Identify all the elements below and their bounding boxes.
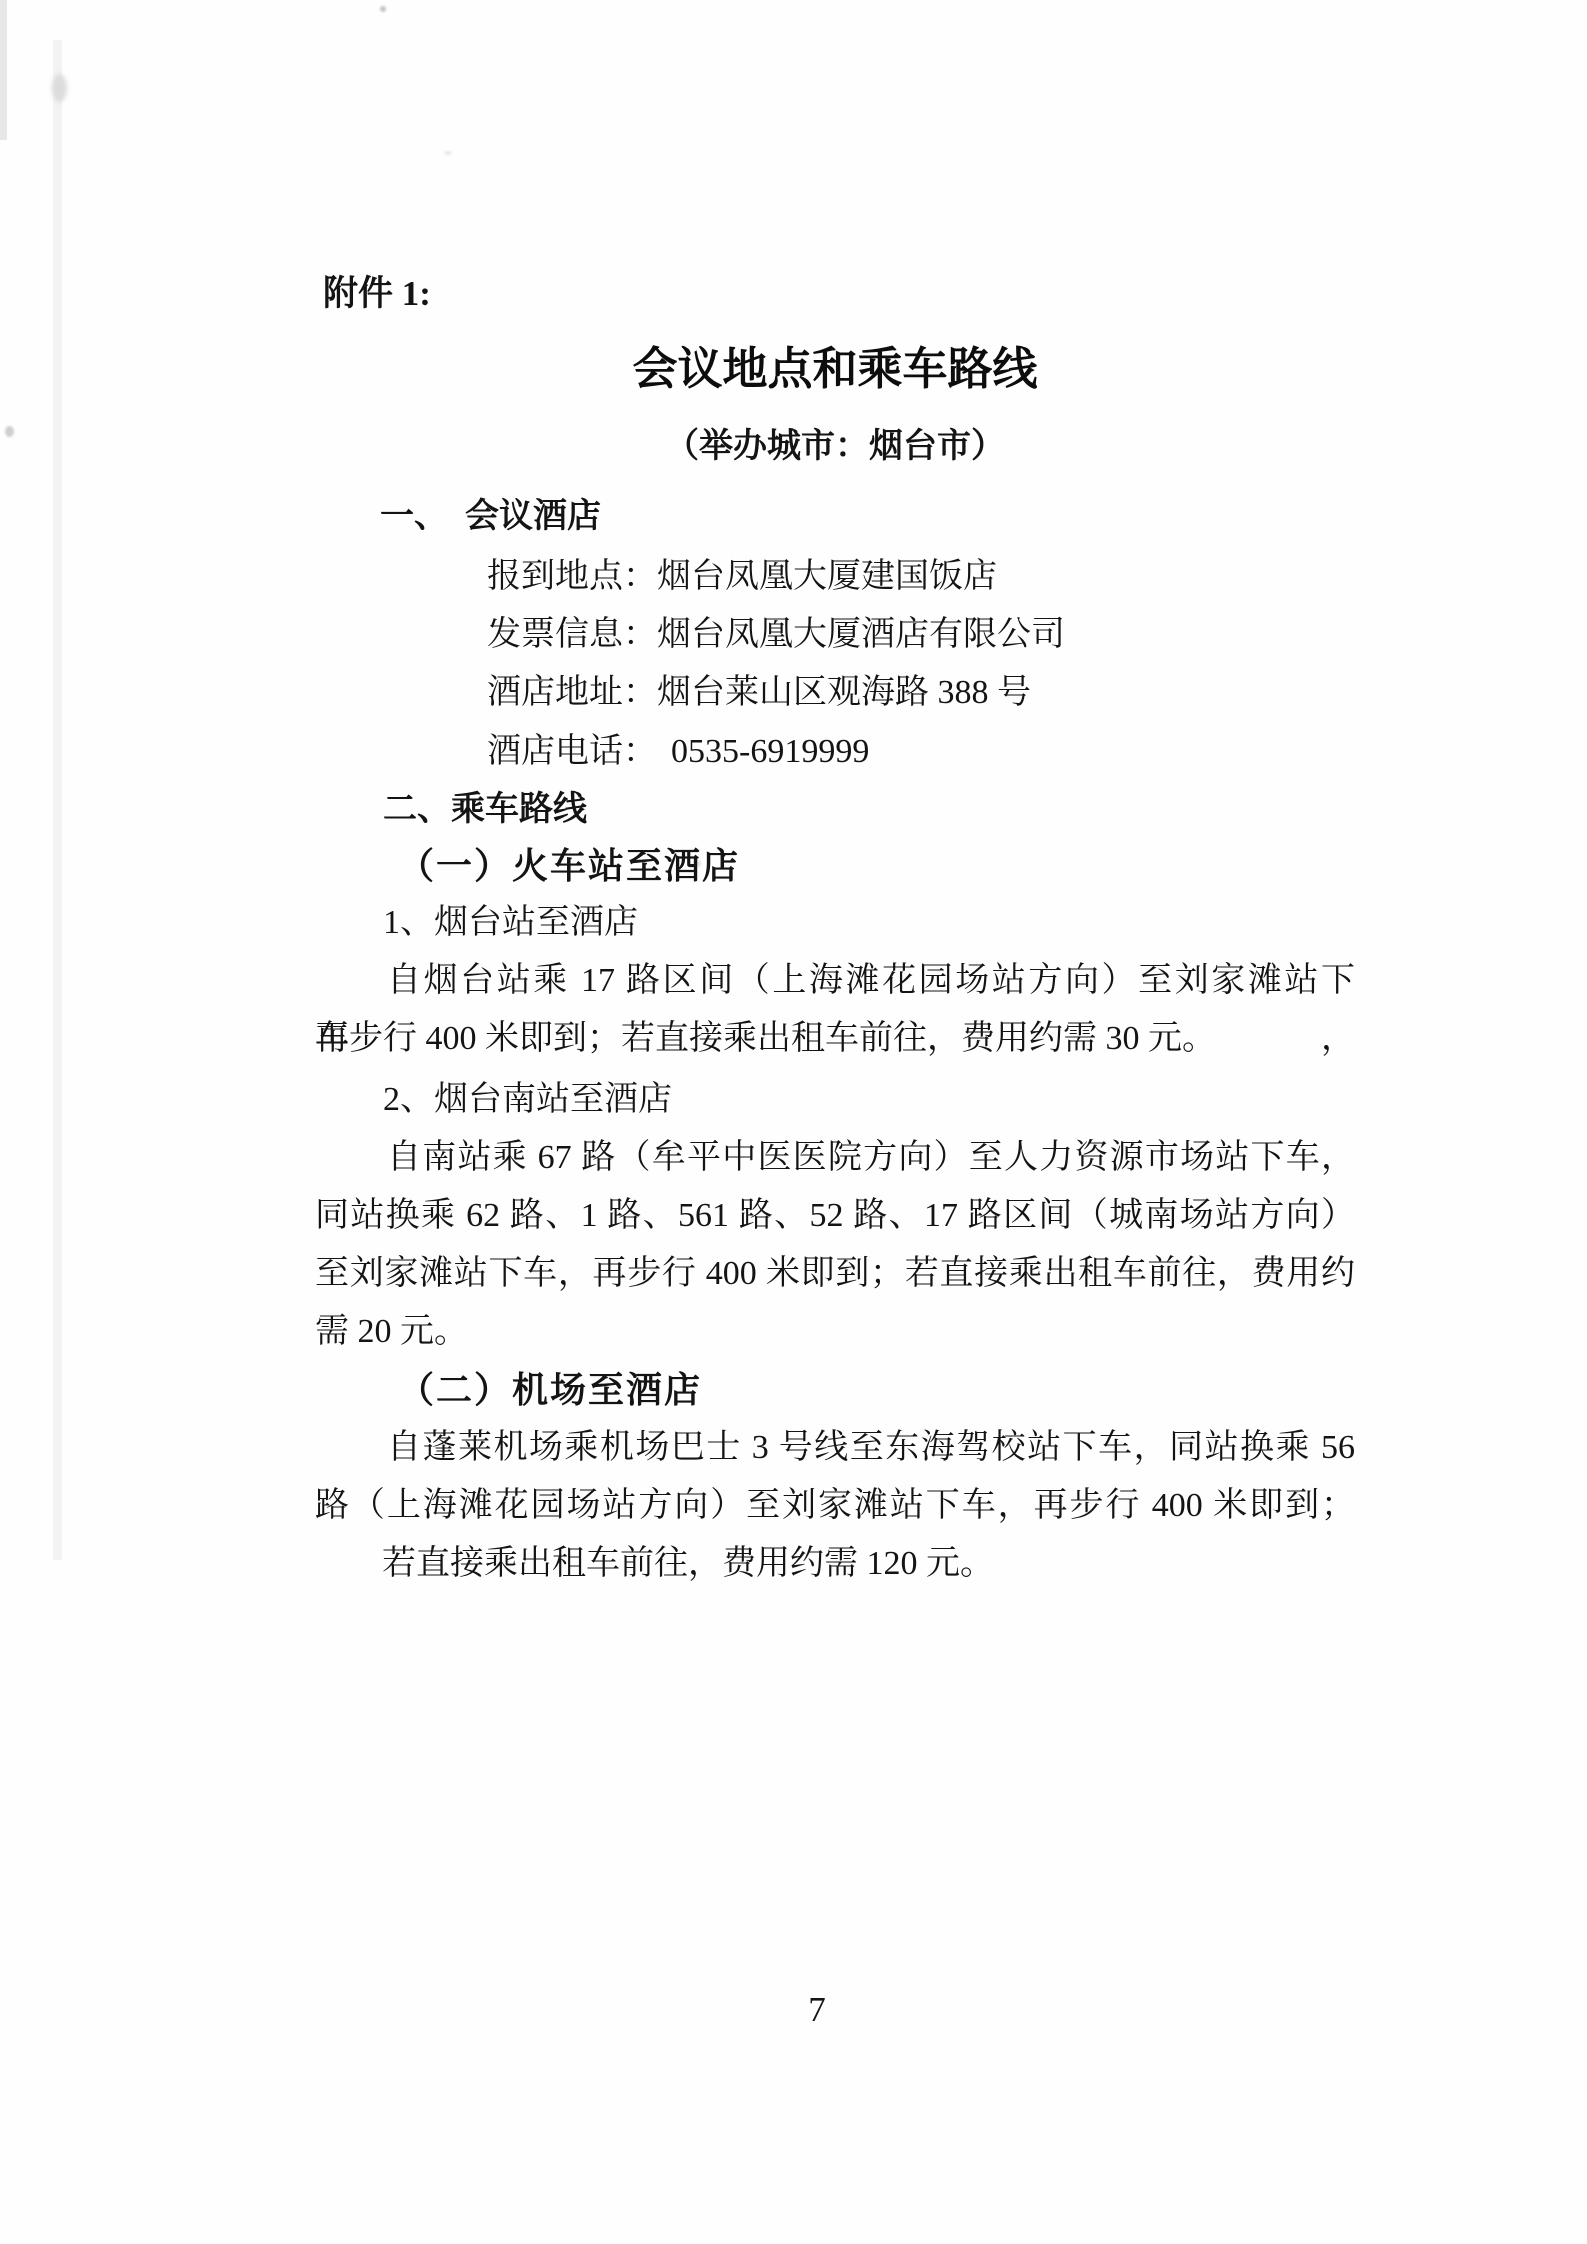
- scan-artifact-left-edge: [0, 0, 7, 140]
- info-label: 酒店电话：: [487, 733, 657, 770]
- section-routes-heading: 二、乘车路线: [383, 781, 1423, 839]
- attachment-label: 附件 1:: [323, 272, 431, 316]
- info-value: 烟台凤凰大厦建国饭店: [657, 558, 997, 595]
- paragraph-line: 自烟台站乘 17 路区间（上海滩花园场站方向）至刘家滩站下车，: [315, 952, 1355, 1010]
- info-label: 酒店地址：: [487, 674, 657, 711]
- info-value: 烟台凤凰大厦酒店有限公司: [657, 616, 1065, 653]
- page-subtitle: （举办城市：烟台市）: [315, 426, 1355, 468]
- page-title: 会议地点和乘车路线: [315, 344, 1355, 394]
- paragraph-line: 路（上海滩花园场站方向）至刘家滩站下车，再步行 400 米即到；: [315, 1477, 1355, 1535]
- paragraph-line: 需 20 元。: [315, 1303, 1355, 1361]
- document-page: 附件 1: 会议地点和乘车路线 （举办城市：烟台市） 一、 会议酒店 报到地点：…: [0, 0, 1587, 2244]
- scan-artifact-smudge: [52, 74, 67, 102]
- info-row-address: 酒店地址：烟台莱山区观海路 388 号: [487, 664, 1527, 722]
- route2-title: 2、烟台南站至酒店: [383, 1071, 1423, 1129]
- subsection-airport-heading: （二）机场至酒店: [398, 1361, 1438, 1419]
- info-row-checkin: 报到地点：烟台凤凰大厦建国饭店: [487, 548, 1527, 606]
- paragraph-line: 至刘家滩站下车，再步行 400 米即到；若直接乘出租车前往，费用约: [315, 1245, 1355, 1303]
- info-value: 烟台莱山区观海路 388 号: [657, 674, 1031, 711]
- paragraph-line: 自蓬莱机场乘机场巴士 3 号线至东海驾校站下车，同站换乘 56: [315, 1419, 1355, 1477]
- scan-artifact-dot: [444, 151, 452, 155]
- page-number: 7: [777, 1990, 857, 2030]
- paragraph-line: 同站换乘 62 路、1 路、561 路、52 路、17 路区间（城南场站方向）: [315, 1187, 1355, 1245]
- paragraph-line: 自南站乘 67 路（牟平中医医院方向）至人力资源市场站下车，: [315, 1129, 1355, 1187]
- section-hotel-heading: 一、 会议酒店: [380, 488, 1420, 546]
- paragraph-line: 再步行 400 米即到；若直接乘出租车前往，费用约需 30 元。: [315, 1010, 1355, 1068]
- route1-title: 1、烟台站至酒店: [383, 894, 1423, 952]
- scan-artifact-dot: [380, 6, 386, 12]
- scan-artifact-dot: [5, 426, 14, 437]
- info-row-phone: 酒店电话：0535-6919999: [487, 723, 1527, 781]
- info-label: 报到地点：: [487, 558, 657, 595]
- info-row-invoice: 发票信息：烟台凤凰大厦酒店有限公司: [487, 606, 1527, 664]
- paragraph-line: 若直接乘出租车前往，费用约需 120 元。: [315, 1535, 1355, 1593]
- scan-artifact-vertical-line: [53, 40, 62, 1560]
- info-value: 0535-6919999: [671, 733, 869, 770]
- info-label: 发票信息：: [487, 616, 657, 653]
- subsection-train-heading: （一）火车站至酒店: [398, 837, 1438, 895]
